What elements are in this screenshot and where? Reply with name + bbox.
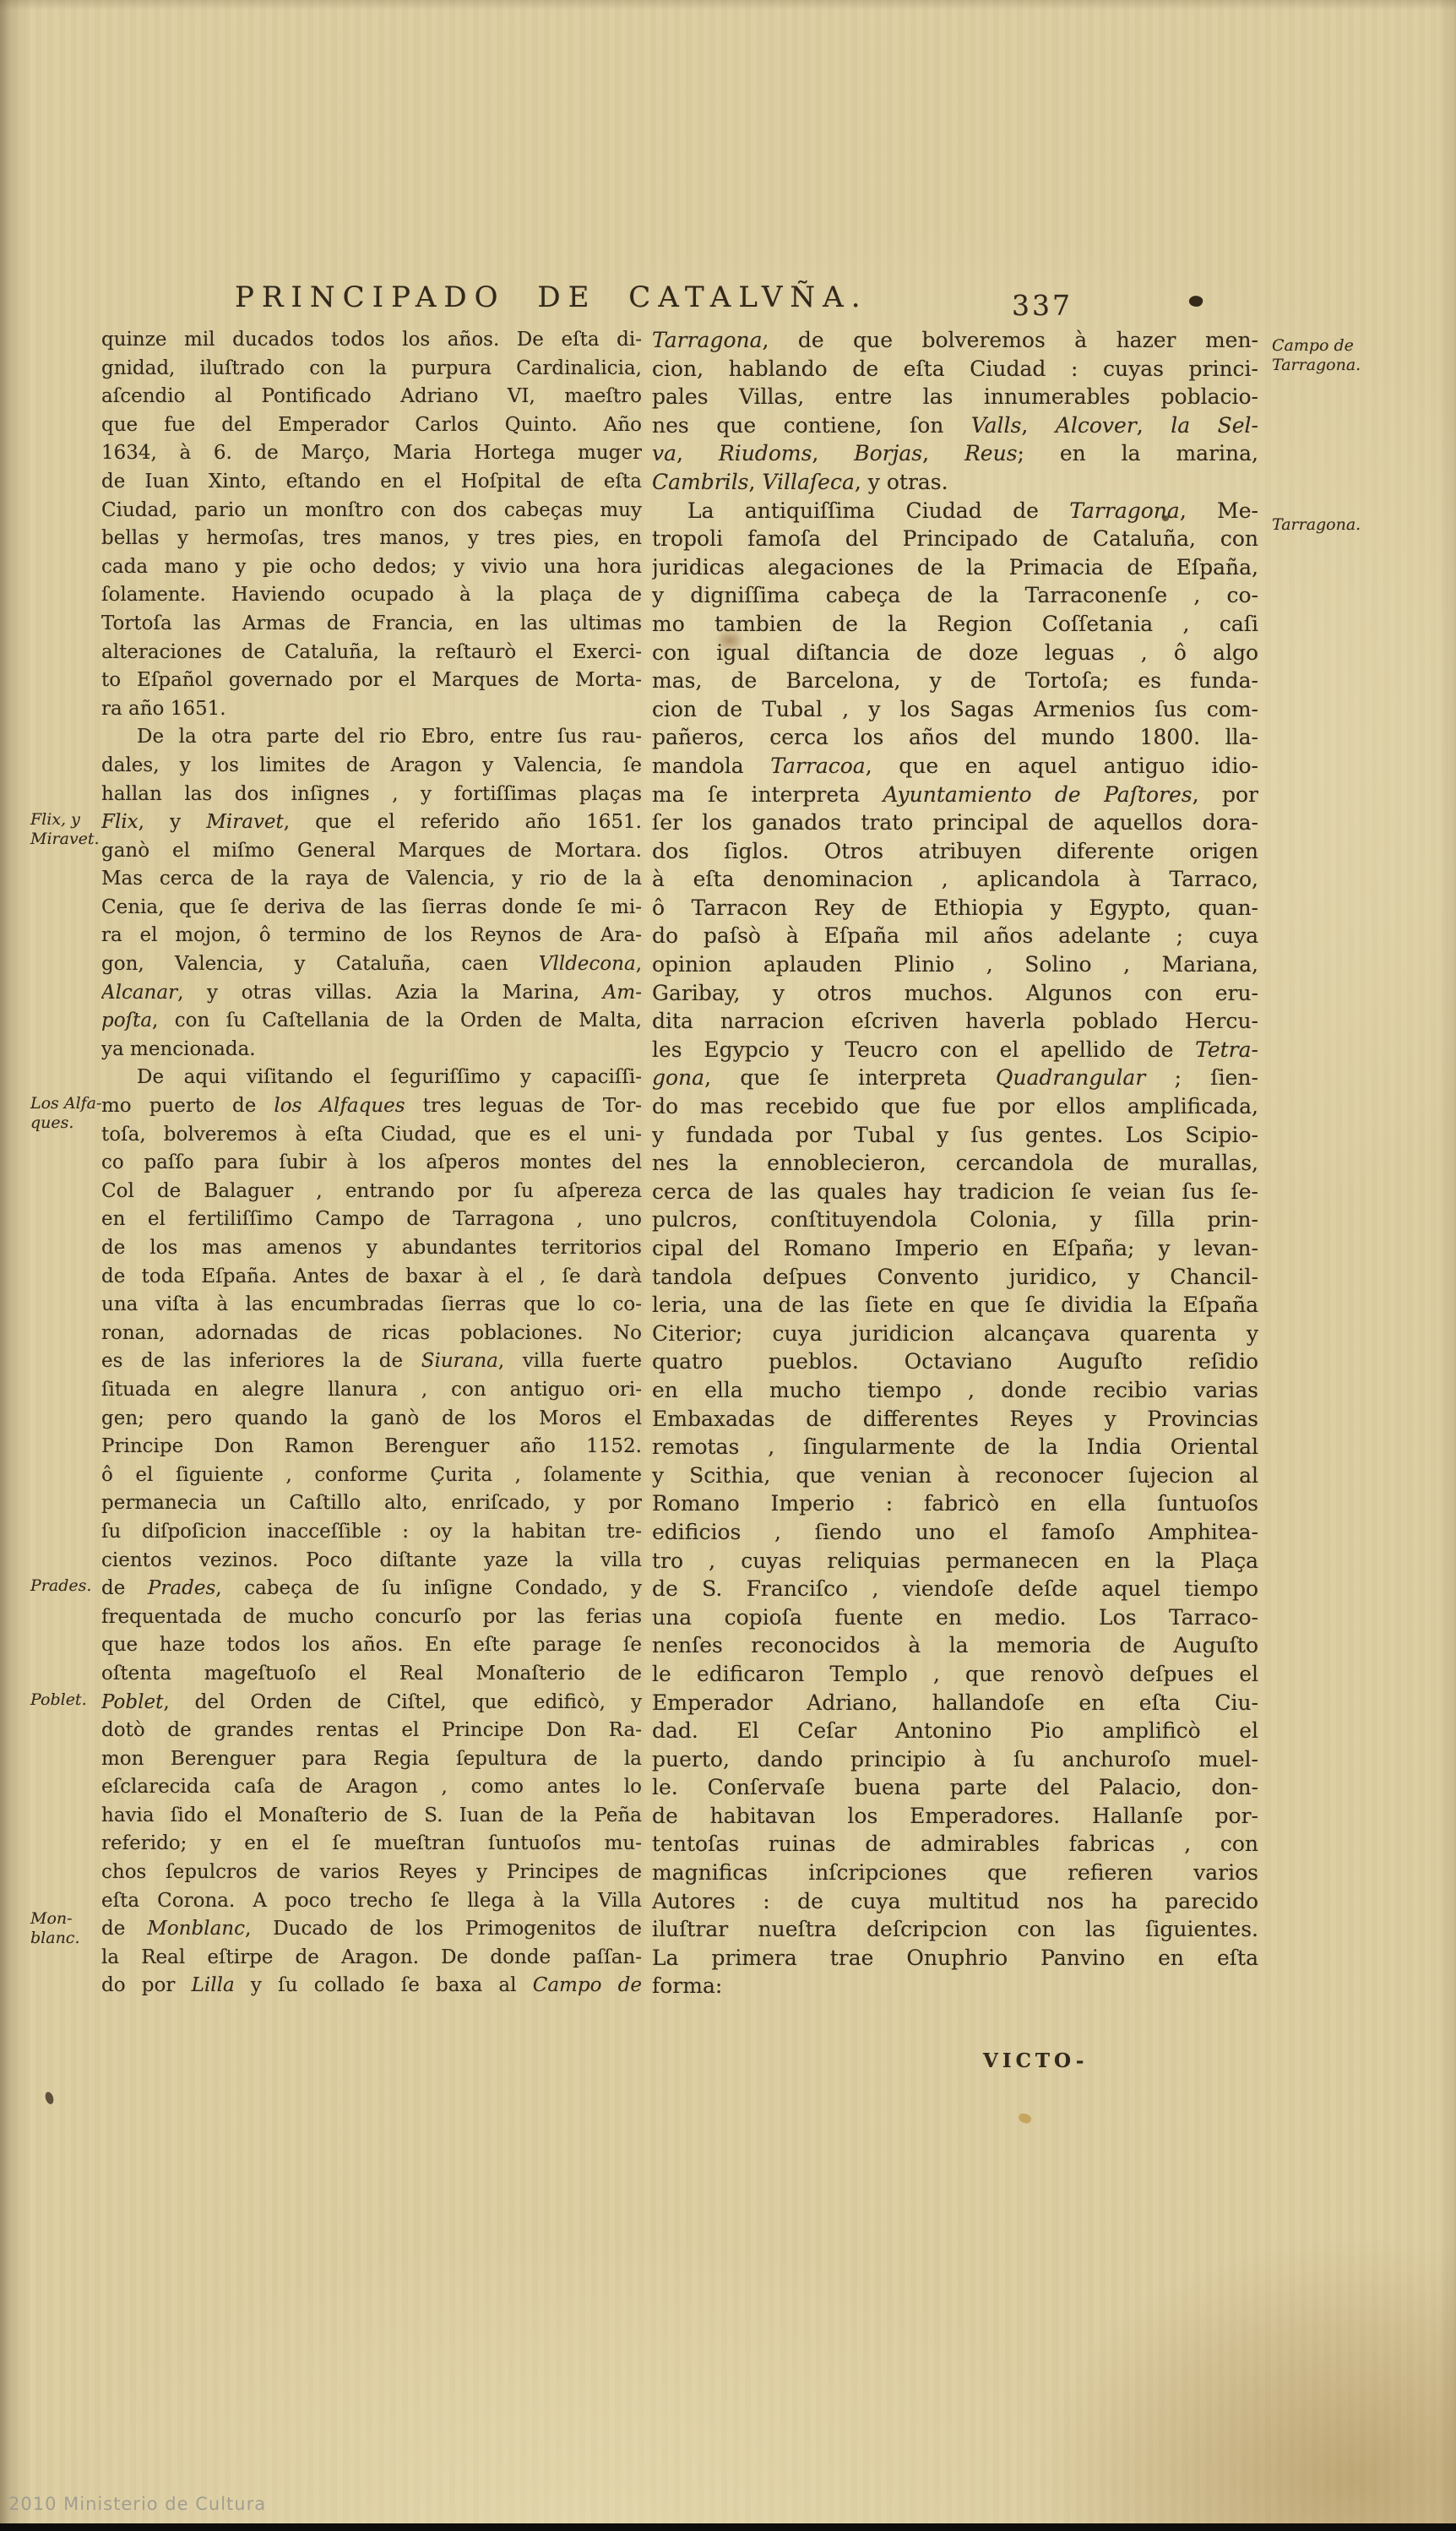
text-line: eſta Corona. A poco trecho ſe llega à la… [101, 1887, 642, 1916]
text-line: do paſsò à Eſpaña mil años adelante ; cu… [652, 922, 1258, 950]
text-line: de Monblanc, Ducado de los Primogenitos … [101, 1915, 642, 1944]
text-line: edificios , ſiendo uno el famoſo Amphite… [652, 1518, 1258, 1547]
text-line: es de las inferiores la de Siurana, vill… [101, 1347, 642, 1376]
text-line: la Real eſtirpe de Aragon. De donde paſſ… [101, 1944, 642, 1973]
paper-chip [1017, 2111, 1032, 2125]
text-line: hallan las dos inſignes , y fortiſſimas … [101, 781, 642, 809]
text-line: referido; y en el ſe mueſtran ſuntuoſos … [101, 1830, 642, 1859]
text-line: havia ſido el Monaſterio de S. Iuan de l… [101, 1802, 642, 1831]
text-line: pales Villas, entre las innumerables pob… [652, 383, 1258, 411]
text-line: y Scithia, que venian à reconocer ſujeci… [652, 1461, 1258, 1490]
ink-speck [1162, 515, 1169, 521]
text-line: cerca de las quales hay tradicion ſe vei… [652, 1178, 1258, 1206]
text-line: Tarragona, de que bolveremos à hazer men… [652, 326, 1258, 355]
text-line: leria, una de las ſiete en que ſe dividi… [652, 1291, 1258, 1320]
text-line: permanecia un Caſtillo alto, enriſcado, … [101, 1489, 642, 1518]
text-line: Emperador Adriano, hallandoſe en eſta Ci… [652, 1689, 1258, 1717]
text-line: Cenia, que ſe deriva de las ſierras dond… [101, 894, 642, 923]
text-line: dos ſiglos. Otros atribuyen diferente or… [652, 837, 1258, 866]
text-line: ſituada en alegre llanura , con antiguo … [101, 1376, 642, 1405]
text-line: de Iuan Xinto, eſtando en el Hoſpital de… [101, 468, 642, 497]
text-line: dales, y los limites de Aragon y Valenci… [101, 752, 642, 781]
text-line: va, Riudoms, Borjas, Reus; en la marina, [652, 439, 1258, 468]
margin-note: Poblet. [30, 1690, 87, 1710]
text-line: que fue del Emperador Carlos Quinto. Año [101, 411, 642, 440]
text-line: tentoſas ruinas de admirables fabricas ,… [652, 1830, 1258, 1859]
text-line: ra año 1651. [101, 695, 642, 724]
text-line: gona, que ſe interpreta Quadrangular ; ſ… [652, 1064, 1258, 1092]
text-line: magnificas inſcripciones que refieren va… [652, 1859, 1258, 1887]
text-line: dita narracion eſcriven haverla poblado … [652, 1007, 1258, 1036]
catchword: VICTO- [983, 2049, 1088, 2072]
text-line: juridicas alegaciones de la Primacia de … [652, 553, 1258, 582]
text-line: ſolamente. Haviendo ocupado à la plaça d… [101, 581, 642, 610]
text-line: De aqui viſitando el ſeguriſſimo y capac… [101, 1064, 642, 1092]
text-line: ſu diſpoſicion inacceſſible : oy la habi… [101, 1518, 642, 1547]
scan-bottom-edge [0, 2523, 1456, 2531]
text-line: mas, de Barcelona, y de Tortoſa; es fund… [652, 667, 1258, 695]
margin-note: Campo deTarragona. [1272, 336, 1361, 375]
text-line: una copioſa fuente en medio. Los Tarraco… [652, 1603, 1258, 1632]
text-line: mon Berenguer para Regia ſepultura de la [101, 1745, 642, 1774]
text-line: eſclarecida caſa de Aragon , como antes … [101, 1773, 642, 1802]
text-line: de S. Franciſco , viendoſe deſde aquel t… [652, 1575, 1258, 1603]
text-line: to Eſpañol governado por el Marques de M… [101, 667, 642, 695]
text-line: poſta, con ſu Caſtellania de la Orden de… [101, 1007, 642, 1036]
margin-note: Prades. [30, 1576, 91, 1596]
text-line: pañeros, cerca los años del mundo 1800. … [652, 723, 1258, 752]
digitization-watermark: 2010 Ministerio de Cultura [8, 2494, 266, 2514]
text-line: co paſſo para ſubir à los aſperos montes… [101, 1149, 642, 1178]
text-line: una viſta à las encumbradas ſierras que … [101, 1291, 642, 1320]
ink-blot [1188, 294, 1204, 308]
text-line: Autores : de cuya multitud nos ha pareci… [652, 1887, 1258, 1916]
text-line: dotò de grandes rentas el Principe Don R… [101, 1717, 642, 1745]
text-line: en ella mucho tiempo , donde recibio var… [652, 1376, 1258, 1405]
text-line: puerto, dando principio à ſu anchuroſo m… [652, 1745, 1258, 1774]
text-line: nenſes reconocidos à la memoria de Auguſ… [652, 1631, 1258, 1660]
text-line: 1634, à 6. de Março, Maria Hortega muger [101, 439, 642, 468]
text-line: Tortoſa las Armas de Francia, en las ult… [101, 610, 642, 639]
text-line: chos ſepulcros de varios Reyes y Princip… [101, 1859, 642, 1887]
text-line: Romano Imperio : fabricò en ella ſuntuoſ… [652, 1489, 1258, 1518]
text-line: Alcanar, y otras villas. Azia la Marina,… [101, 979, 642, 1008]
text-line: de los mas amenos y abundantes territori… [101, 1234, 642, 1263]
text-line: cientos vezinos. Poco diſtante yaze la v… [101, 1547, 642, 1576]
text-line: opinion aplauden Plinio , Solino , Maria… [652, 950, 1258, 979]
text-line: ma ſe interpreta Ayuntamiento de Paſtore… [652, 781, 1258, 809]
margin-note: Los Alfa-ques. [30, 1094, 101, 1133]
text-line: en el fertiliſſimo Campo de Tarragona , … [101, 1206, 642, 1234]
text-line: ra el mojon, ô termino de los Reynos de … [101, 922, 642, 950]
text-line: y digniſſima cabeça de la Tarraconenſe ,… [652, 581, 1258, 610]
text-line: Garibay, y otros muchos. Algunos con eru… [652, 979, 1258, 1008]
text-line: le edificaron Templo , que renovò deſpue… [652, 1660, 1258, 1689]
text-line: Poblet, del Orden de Ciſtel, que edificò… [101, 1689, 642, 1717]
text-line: mo puerto de los Alfaques tres leguas de… [101, 1092, 642, 1121]
text-line: cion de Tubal , y los Sagas Armenios ſus… [652, 695, 1258, 724]
text-line: Mas cerca de la raya de Valencia, y rio … [101, 865, 642, 894]
text-line: toſa, bolveremos à eſta Ciudad, que es e… [101, 1121, 642, 1150]
text-line: tropoli famoſa del Principado de Cataluñ… [652, 525, 1258, 553]
text-line: de habitavan los Emperadores. Hallanſe p… [652, 1802, 1258, 1831]
text-line: iluſtrar nueſtra deſcripcion con las ſig… [652, 1915, 1258, 1944]
text-line: à eſta denominacion , aplicandola à Tarr… [652, 865, 1258, 894]
text-line: De la otra parte del rio Ebro, entre ſus… [101, 723, 642, 752]
text-line: cion, hablando de eſta Ciudad : cuyas pr… [652, 355, 1258, 384]
text-line: ô Tarracon Rey de Ethiopia y Egypto, qua… [652, 894, 1258, 923]
text-line: do mas recebido que fue por ellos amplif… [652, 1092, 1258, 1121]
text-line: de Prades, cabeça de ſu inſigne Condado,… [101, 1575, 642, 1603]
text-line: ronan, adornadas de ricas poblaciones. N… [101, 1320, 642, 1348]
text-line: nes la ennoblecieron, cercandola de mura… [652, 1149, 1258, 1178]
text-line: quinze mil ducados todos los años. De eſ… [101, 326, 642, 355]
text-line: de toda Eſpaña. Antes de baxar à el , ſe… [101, 1263, 642, 1292]
running-head-title: PRINCIPADO DE CATALVÑA. [235, 280, 868, 314]
text-line: aſcendio al Pontificado Adriano VI, maeſ… [101, 383, 642, 411]
page-number: 337 [1012, 289, 1073, 322]
text-line: La primera trae Onuphrio Panvino en eſta [652, 1944, 1258, 1973]
text-line: pulcros, conſtituyendola Colonia, y ſill… [652, 1206, 1258, 1234]
margin-note: Flix, yMiravet. [30, 810, 100, 849]
text-line: Principe Don Ramon Berenguer año 1152. [101, 1433, 642, 1461]
ink-speck [44, 2091, 55, 2105]
text-line: Cambrils, Villaſeca, y otras. [652, 468, 1258, 497]
text-line: dad. El Ceſar Antonino Pio amplificò el [652, 1717, 1258, 1745]
text-line: nes que contiene, ſon Valls, Alcover, la… [652, 411, 1258, 440]
text-line: cada mano y pie ocho dedos; y vivio una … [101, 553, 642, 582]
text-line: Flix, y Miravet, que el referido año 165… [101, 808, 642, 837]
text-line: gnidad, iluſtrado con la purpura Cardina… [101, 355, 642, 384]
text-line: bellas y hermoſas, tres manos, y tres pi… [101, 525, 642, 553]
text-line: remotas , ſingularmente de la India Orie… [652, 1433, 1258, 1461]
text-line: que haze todos los años. En eſte parage … [101, 1631, 642, 1660]
text-line: alteraciones de Cataluña, la reſtaurò el… [101, 639, 642, 667]
margin-note: Mon-blanc. [30, 1909, 79, 1948]
text-line: ô el ſiguiente , conforme Çurita , ſolam… [101, 1461, 642, 1490]
text-line: cipal del Romano Imperio en Eſpaña; y le… [652, 1234, 1258, 1263]
text-line: ganò el miſmo General Marques de Mortara… [101, 837, 642, 866]
text-line: do por Lilla y ſu collado ſe baxa al Cam… [101, 1972, 642, 2000]
text-line: tandola deſpues Convento juridico, y Cha… [652, 1263, 1258, 1292]
text-line: Citerior; cuya juridicion alcançava quar… [652, 1320, 1258, 1348]
text-line: mandola Tarracoa, que en aquel antiguo i… [652, 752, 1258, 781]
paper-stain [714, 629, 745, 652]
text-line: le. Conſervaſe buena parte del Palacio, … [652, 1773, 1258, 1802]
text-line: forma: [652, 1972, 1258, 2000]
right-text-column: Tarragona, de que bolveremos à hazer men… [652, 326, 1258, 2000]
text-line: ya mencionada. [101, 1036, 642, 1064]
text-line: Embaxadas de differentes Reyes y Provinc… [652, 1405, 1258, 1434]
text-line: les Egypcio y Teucro con el apellido de … [652, 1036, 1258, 1064]
text-line: oſtenta mageſtuoſo el Real Monaſterio de [101, 1660, 642, 1689]
text-line: Col de Balaguer , entrando por ſu aſpere… [101, 1178, 642, 1206]
book-page-scan: PRINCIPADO DE CATALVÑA. 337 quinze mil d… [0, 0, 1456, 2531]
text-line: frequentada de mucho concurſo por las fe… [101, 1603, 642, 1632]
text-line: tro , cuyas reliquias permanecen en la P… [652, 1547, 1258, 1576]
text-line: quatro pueblos. Octaviano Auguſto reſidi… [652, 1347, 1258, 1376]
text-line: Ciudad, pario un monſtro con dos cabeças… [101, 497, 642, 525]
left-text-column: quinze mil ducados todos los años. De eſ… [101, 326, 642, 2000]
text-line: gon, Valencia, y Cataluña, caen Vlldecon… [101, 950, 642, 979]
text-line: y fundada por Tubal y ſus gentes. Los Sc… [652, 1121, 1258, 1150]
text-line: gen; pero quando la ganò de los Moros el [101, 1405, 642, 1434]
margin-note: Tarragona. [1272, 515, 1361, 535]
text-line: ſer los ganados trato principal de aquel… [652, 808, 1258, 837]
